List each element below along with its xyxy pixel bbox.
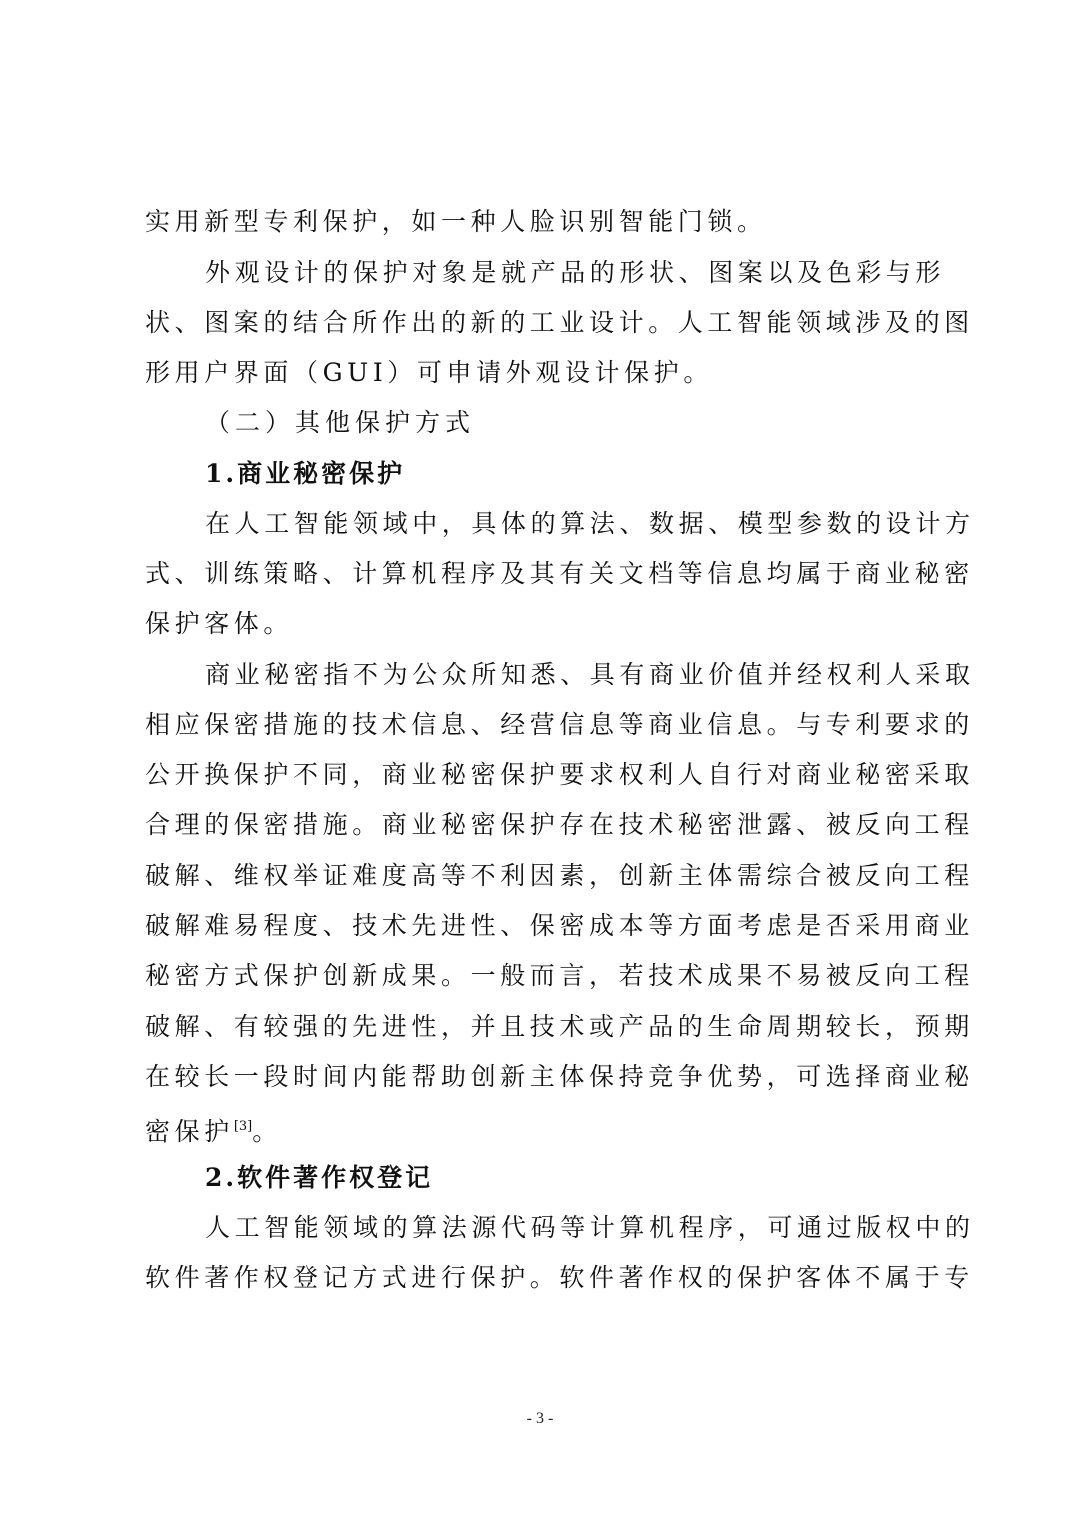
body-text-line-with-citation: 密保护[3]。 [145,1110,945,1144]
body-text-line: 相应保密措施的技术信息、经营信息等商业信息。与专利要求的 [145,708,945,742]
body-text-line: 公开换保护不同，商业秘密保护要求权利人自行对商业秘密采取 [145,758,945,792]
body-text-line: 实用新型专利保护，如一种人脸识别智能门锁。 [145,205,945,239]
body-text-line: 人工智能领域的算法源代码等计算机程序，可通过版权中的 [205,1211,945,1245]
document-page: 实用新型专利保护，如一种人脸识别智能门锁。 外观设计的保护对象是就产品的形状、图… [0,0,1080,1527]
subsection-heading-trade-secret: 1.商业秘密保护 [205,457,945,491]
body-text-line: 破解难易程度、技术先进性、保密成本等方面考虑是否采用商业 [145,909,945,943]
body-text: 。 [252,1117,282,1146]
body-text-line: 形用户界面（GUI）可申请外观设计保护。 [145,356,945,390]
body-text-line: 秘密方式保护创新成果。一般而言，若技术成果不易被反向工程 [145,959,945,993]
body-text-line: 合理的保密措施。商业秘密保护存在技术秘密泄露、被反向工程 [145,808,945,842]
citation-reference: [3] [234,1119,252,1134]
body-text-line: 在人工智能领域中，具体的算法、数据、模型参数的设计方 [205,507,945,541]
body-text-line: 在较长一段时间内能帮助创新主体保持竞争优势，可选择商业秘 [145,1060,945,1094]
body-text-line: 破解、维权举证难度高等不利因素，创新主体需综合被反向工程 [145,859,945,893]
body-text-line: 商业秘密指不为公众所知悉、具有商业价值并经权利人采取 [205,658,945,692]
body-text-line: 外观设计的保护对象是就产品的形状、图案以及色彩与形 [205,256,945,290]
body-text: 密保护 [145,1117,234,1146]
body-text-line: 式、训练策略、计算机程序及其有关文档等信息均属于商业秘密 [145,557,945,591]
subsection-heading-software-copyright: 2.软件著作权登记 [205,1161,945,1195]
body-text-line: 软件著作权登记方式进行保护。软件著作权的保护客体不属于专 [145,1261,945,1295]
body-text-line: 状、图案的结合所作出的新的工业设计。人工智能领域涉及的图 [145,306,945,340]
page-number: - 3 - [0,1410,1080,1428]
section-heading: （二）其他保护方式 [205,406,945,440]
body-text-line: 保护客体。 [145,607,945,641]
body-text-line: 破解、有较强的先进性，并且技术或产品的生命周期较长，预期 [145,1010,945,1044]
